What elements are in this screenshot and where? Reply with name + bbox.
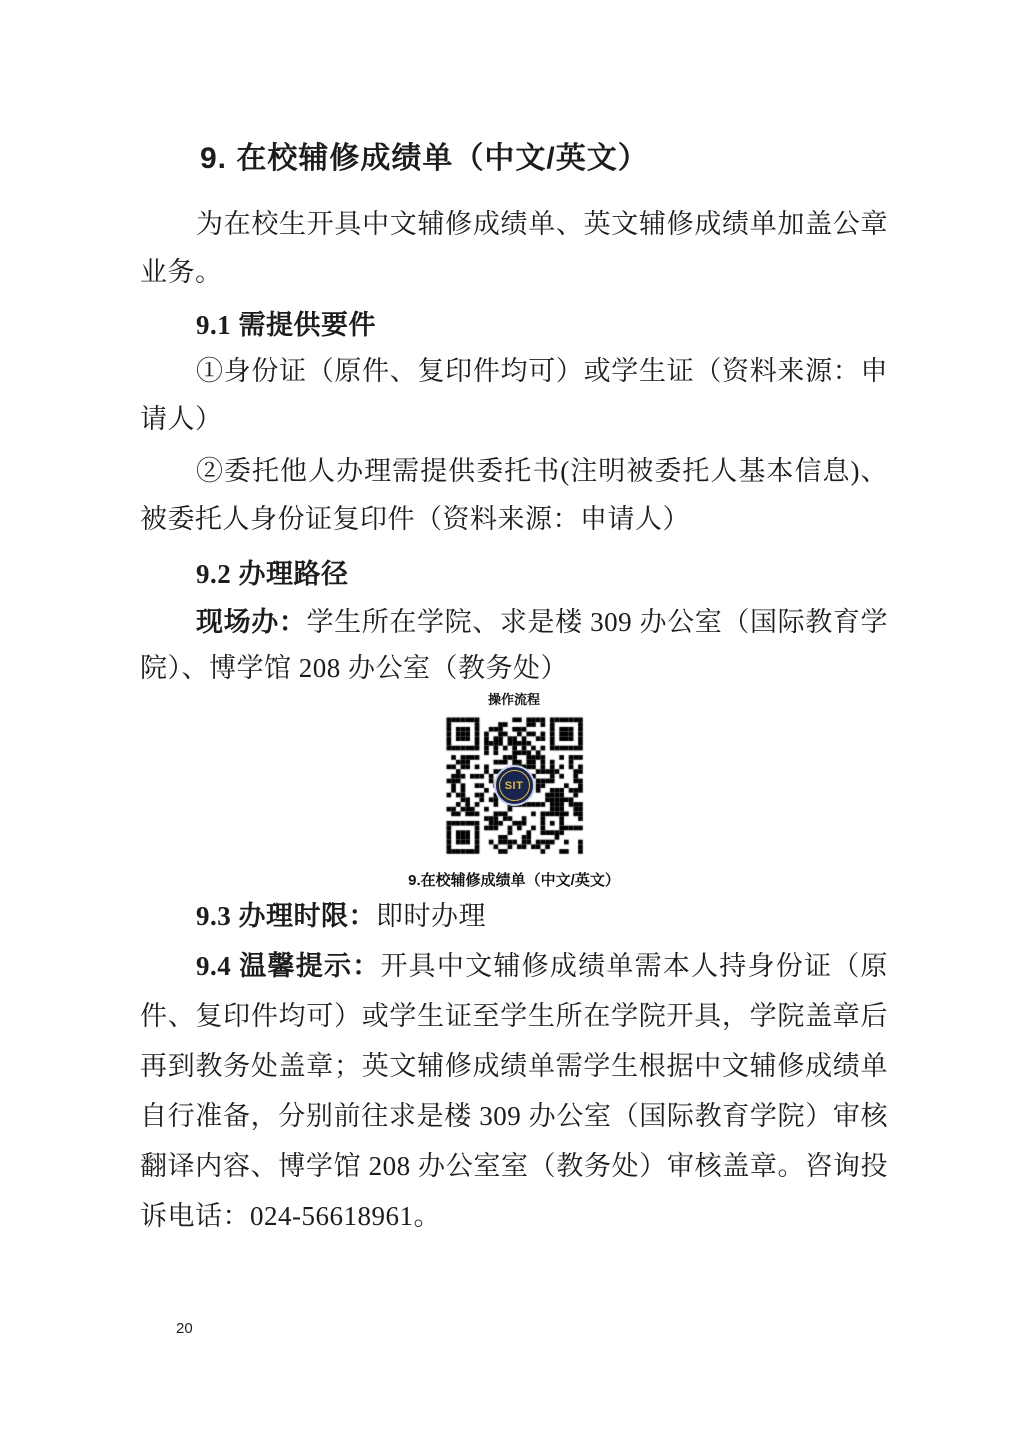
- qr-code: SIT: [442, 713, 587, 858]
- tips-line-4: 自行准备，分别前往求是楼 309 办公室（国际教育学院）审核: [140, 1099, 888, 1133]
- label-9-4: 9.4 温馨提示：: [196, 951, 380, 981]
- onsite-line-1: 现场办：学生所在学院、求是楼 309 办公室（国际教育学: [140, 605, 888, 639]
- tips-line-2: 件、复印件均可）或学生证至学生所在学院开具，学院盖章后: [140, 999, 888, 1033]
- requirement-2-line-1: ②委托他人办理需提供委托书(注明被委托人基本信息)、: [140, 454, 888, 488]
- university-logo: SIT: [494, 765, 535, 806]
- university-logo-text: SIT: [499, 770, 530, 801]
- requirement-1-line-1: ①身份证（原件、复印件均可）或学生证（资料来源：申: [140, 354, 888, 388]
- tips-line-1: 9.4 温馨提示：开具中文辅修成绩单需本人持身份证（原: [140, 949, 888, 983]
- intro-line-2: 业务。: [140, 255, 888, 289]
- tips-line-3: 再到教务处盖章；英文辅修成绩单需学生根据中文辅修成绩单: [140, 1049, 888, 1083]
- qr-caption: 9.在校辅修成绩单（中文/英文）: [140, 869, 888, 890]
- value-9-3: 即时办理: [376, 901, 486, 931]
- label-9-3: 9.3 办理时限：: [196, 901, 376, 931]
- onsite-line-2: 院）、博学馆 208 办公室（教务处）: [140, 651, 888, 685]
- heading-9-1: 9.1 需提供要件: [140, 308, 888, 342]
- qr-block: 操作流程 SIT 9.在校辅修成绩单（中文/英文）: [140, 692, 888, 890]
- section-title: 9. 在校辅修成绩单（中文/英文）: [200, 133, 649, 177]
- tips-line-5: 翻译内容、博学馆 208 办公室室（教务处）审核盖章。咨询投: [140, 1149, 888, 1183]
- tips-text-1: 开具中文辅修成绩单需本人持身份证（原: [380, 951, 888, 981]
- intro-line-1: 为在校生开具中文辅修成绩单、英文辅修成绩单加盖公章: [140, 207, 888, 241]
- onsite-text: 学生所在学院、求是楼 309 办公室（国际教育学: [307, 607, 889, 637]
- page-number: 20: [176, 1320, 193, 1337]
- onsite-label: 现场办：: [196, 607, 307, 637]
- requirement-2-line-2: 被委托人身份证复印件（资料来源：申请人）: [140, 502, 888, 536]
- heading-9-2: 9.2 办理路径: [140, 557, 888, 591]
- requirement-1-line-2: 请人）: [140, 402, 888, 436]
- tips-line-6: 诉电话：024-56618961。: [140, 1199, 888, 1233]
- line-9-3: 9.3 办理时限：即时办理: [140, 899, 888, 933]
- document-page: { "page": { "number": "20" }, "title": "…: [0, 0, 1024, 1448]
- qr-top-label: 操作流程: [140, 692, 888, 708]
